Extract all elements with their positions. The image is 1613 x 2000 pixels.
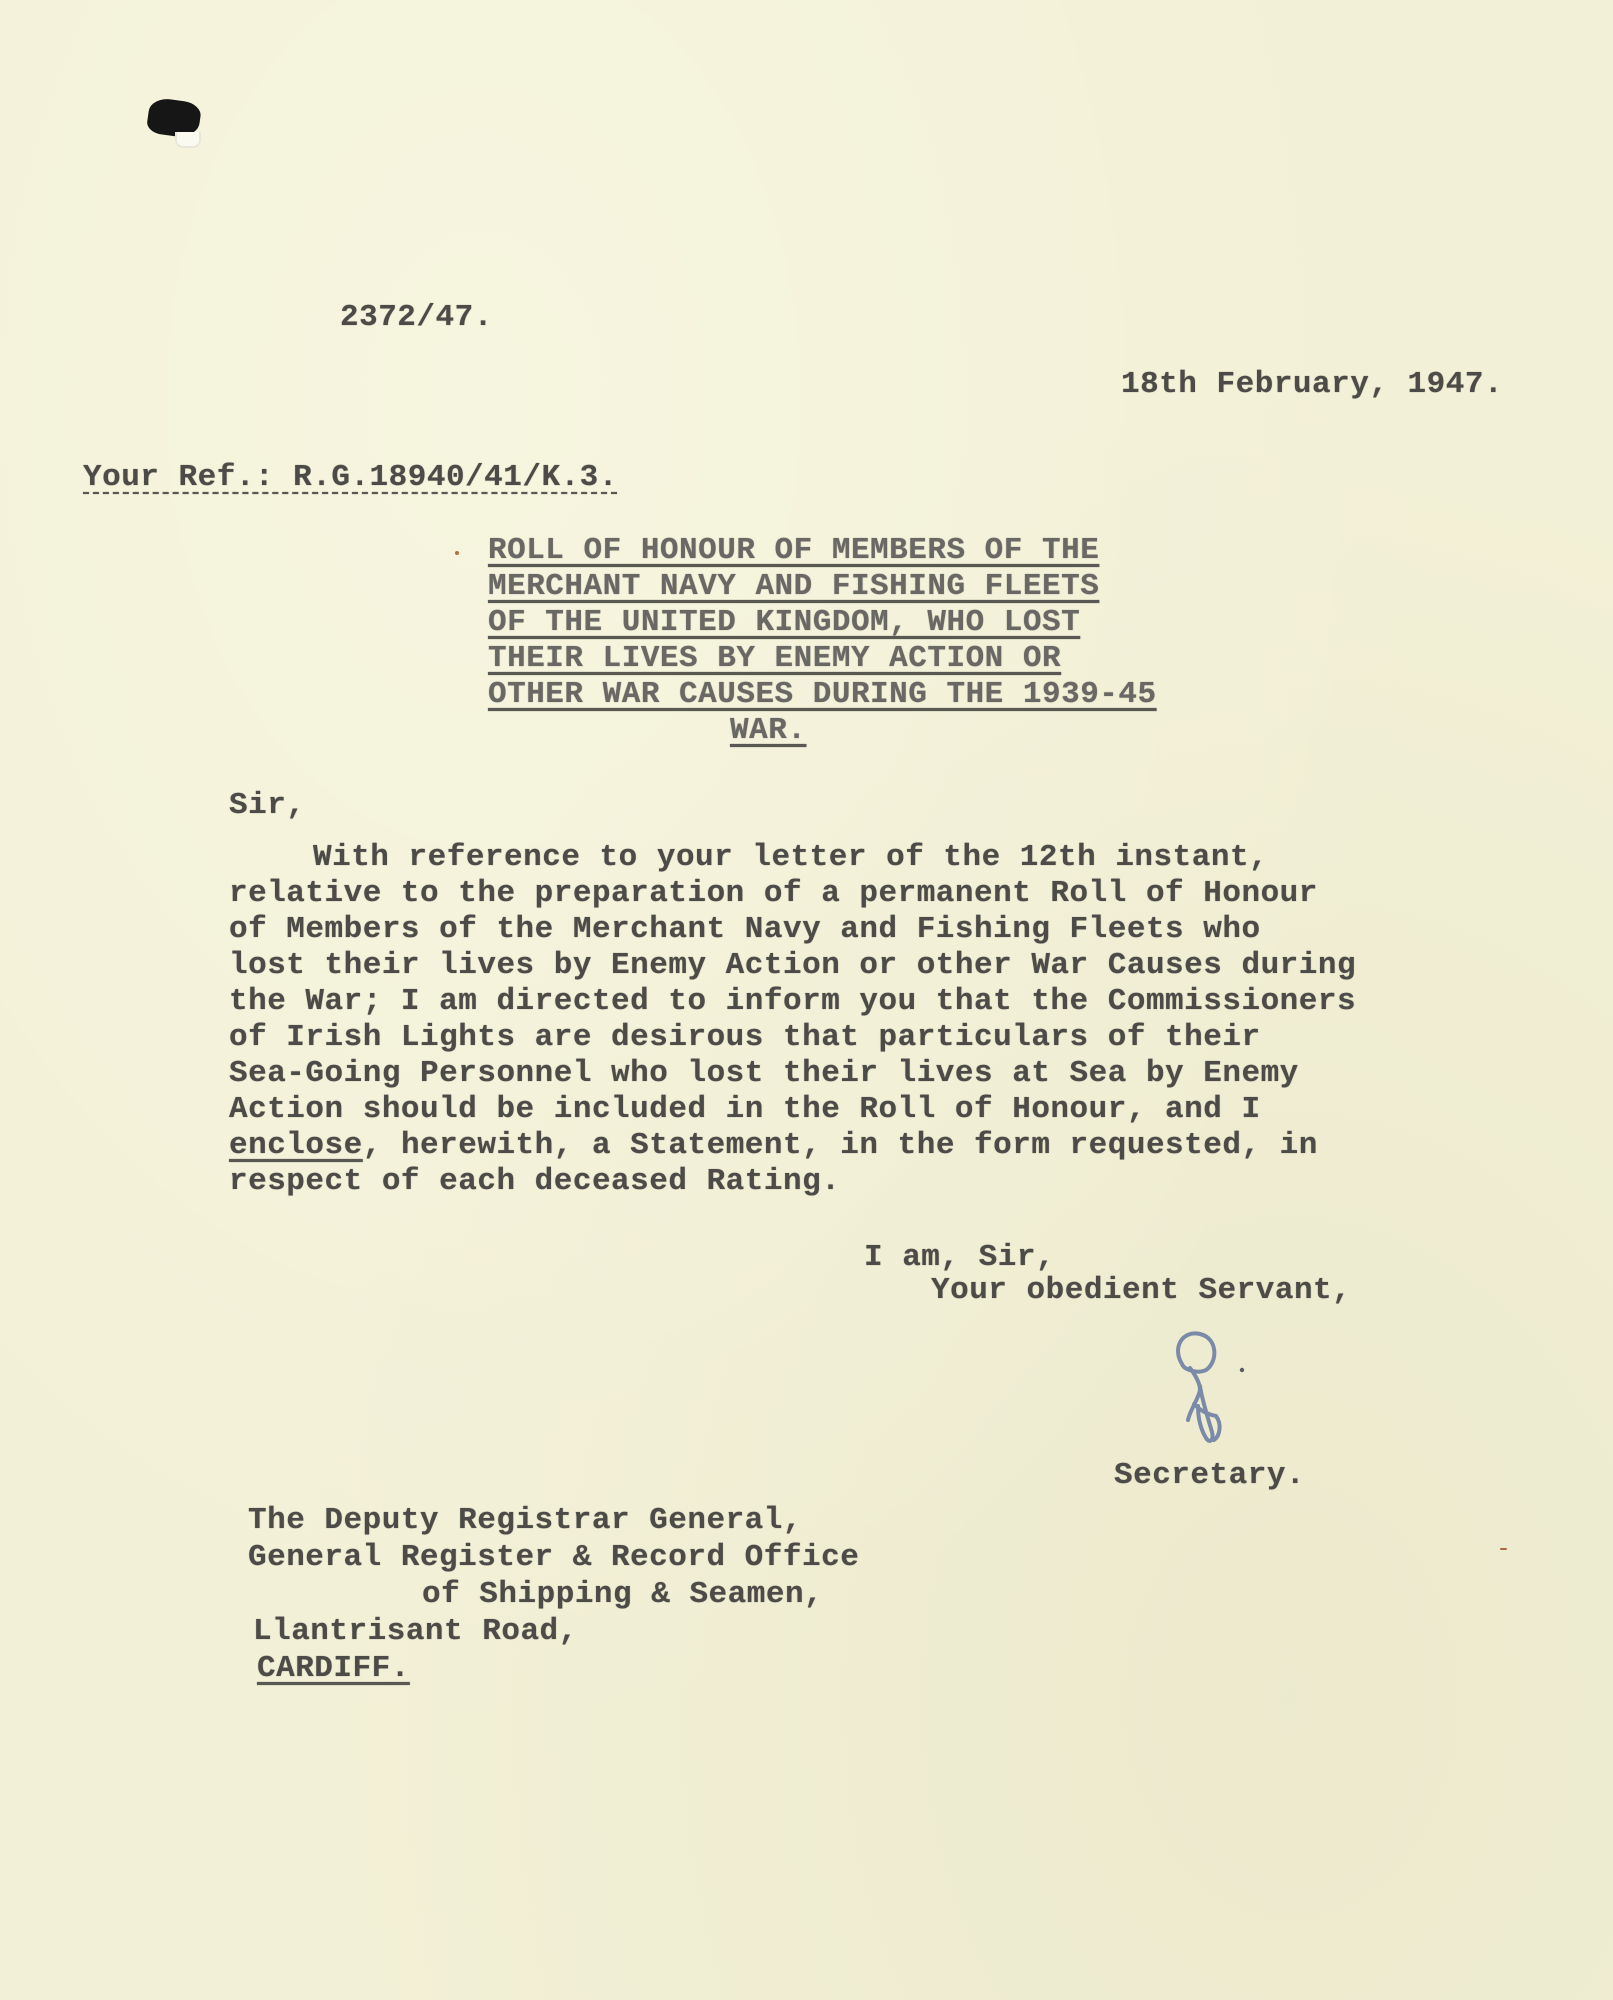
reference-number: 2372/47. (340, 300, 493, 336)
subject-line: WAR. (730, 713, 806, 749)
underlined-word-enclose: enclose (229, 1128, 363, 1163)
torn-paper-fragment (175, 132, 201, 148)
address-line: The Deputy Registrar General, (248, 1503, 802, 1539)
address-line: Llantrisant Road, (253, 1614, 578, 1650)
subject-line: ROLL OF HONOUR OF MEMBERS OF THE (488, 533, 1099, 569)
salutation: Sir, (229, 788, 305, 824)
body-line: of Members of the Merchant Navy and Fish… (229, 912, 1261, 948)
signature-icon (1160, 1328, 1270, 1463)
subject-line: MERCHANT NAVY AND FISHING FLEETS (488, 569, 1099, 605)
body-line: Sea-Going Personnel who lost their lives… (229, 1056, 1299, 1092)
body-line-rest: , herewith, a Statement, in the form req… (363, 1128, 1318, 1163)
ink-speck (1500, 1548, 1507, 1550)
body-line: relative to the preparation of a permane… (229, 876, 1318, 912)
body-line: Action should be included in the Roll of… (229, 1092, 1261, 1128)
signatory-title: Secretary. (1114, 1458, 1305, 1494)
subject-line: OTHER WAR CAUSES DURING THE 1939-45 (488, 677, 1157, 713)
subject-line: THEIR LIVES BY ENEMY ACTION OR (488, 641, 1061, 677)
letter-date: 18th February, 1947. (1121, 367, 1503, 403)
closing-line: I am, Sir, (864, 1240, 1055, 1276)
subject-line: OF THE UNITED KINGDOM, WHO LOST (488, 605, 1080, 641)
closing-line: Your obedient Servant, (931, 1273, 1351, 1309)
address-line: of Shipping & Seamen, (422, 1577, 823, 1613)
body-line: of Irish Lights are desirous that partic… (229, 1020, 1261, 1056)
body-line: lost their lives by Enemy Action or othe… (229, 948, 1356, 984)
your-reference: Your Ref.: R.G.18940/41/K.3. (83, 460, 618, 496)
body-line: respect of each deceased Rating. (229, 1164, 840, 1200)
body-line: With reference to your letter of the 12t… (313, 840, 1268, 876)
address-city: CARDIFF. (257, 1651, 410, 1687)
body-line: the War; I am directed to inform you tha… (229, 984, 1356, 1020)
body-line: enclose, herewith, a Statement, in the f… (229, 1128, 1318, 1164)
address-line: General Register & Record Office (248, 1540, 859, 1576)
ink-speck (455, 551, 459, 555)
